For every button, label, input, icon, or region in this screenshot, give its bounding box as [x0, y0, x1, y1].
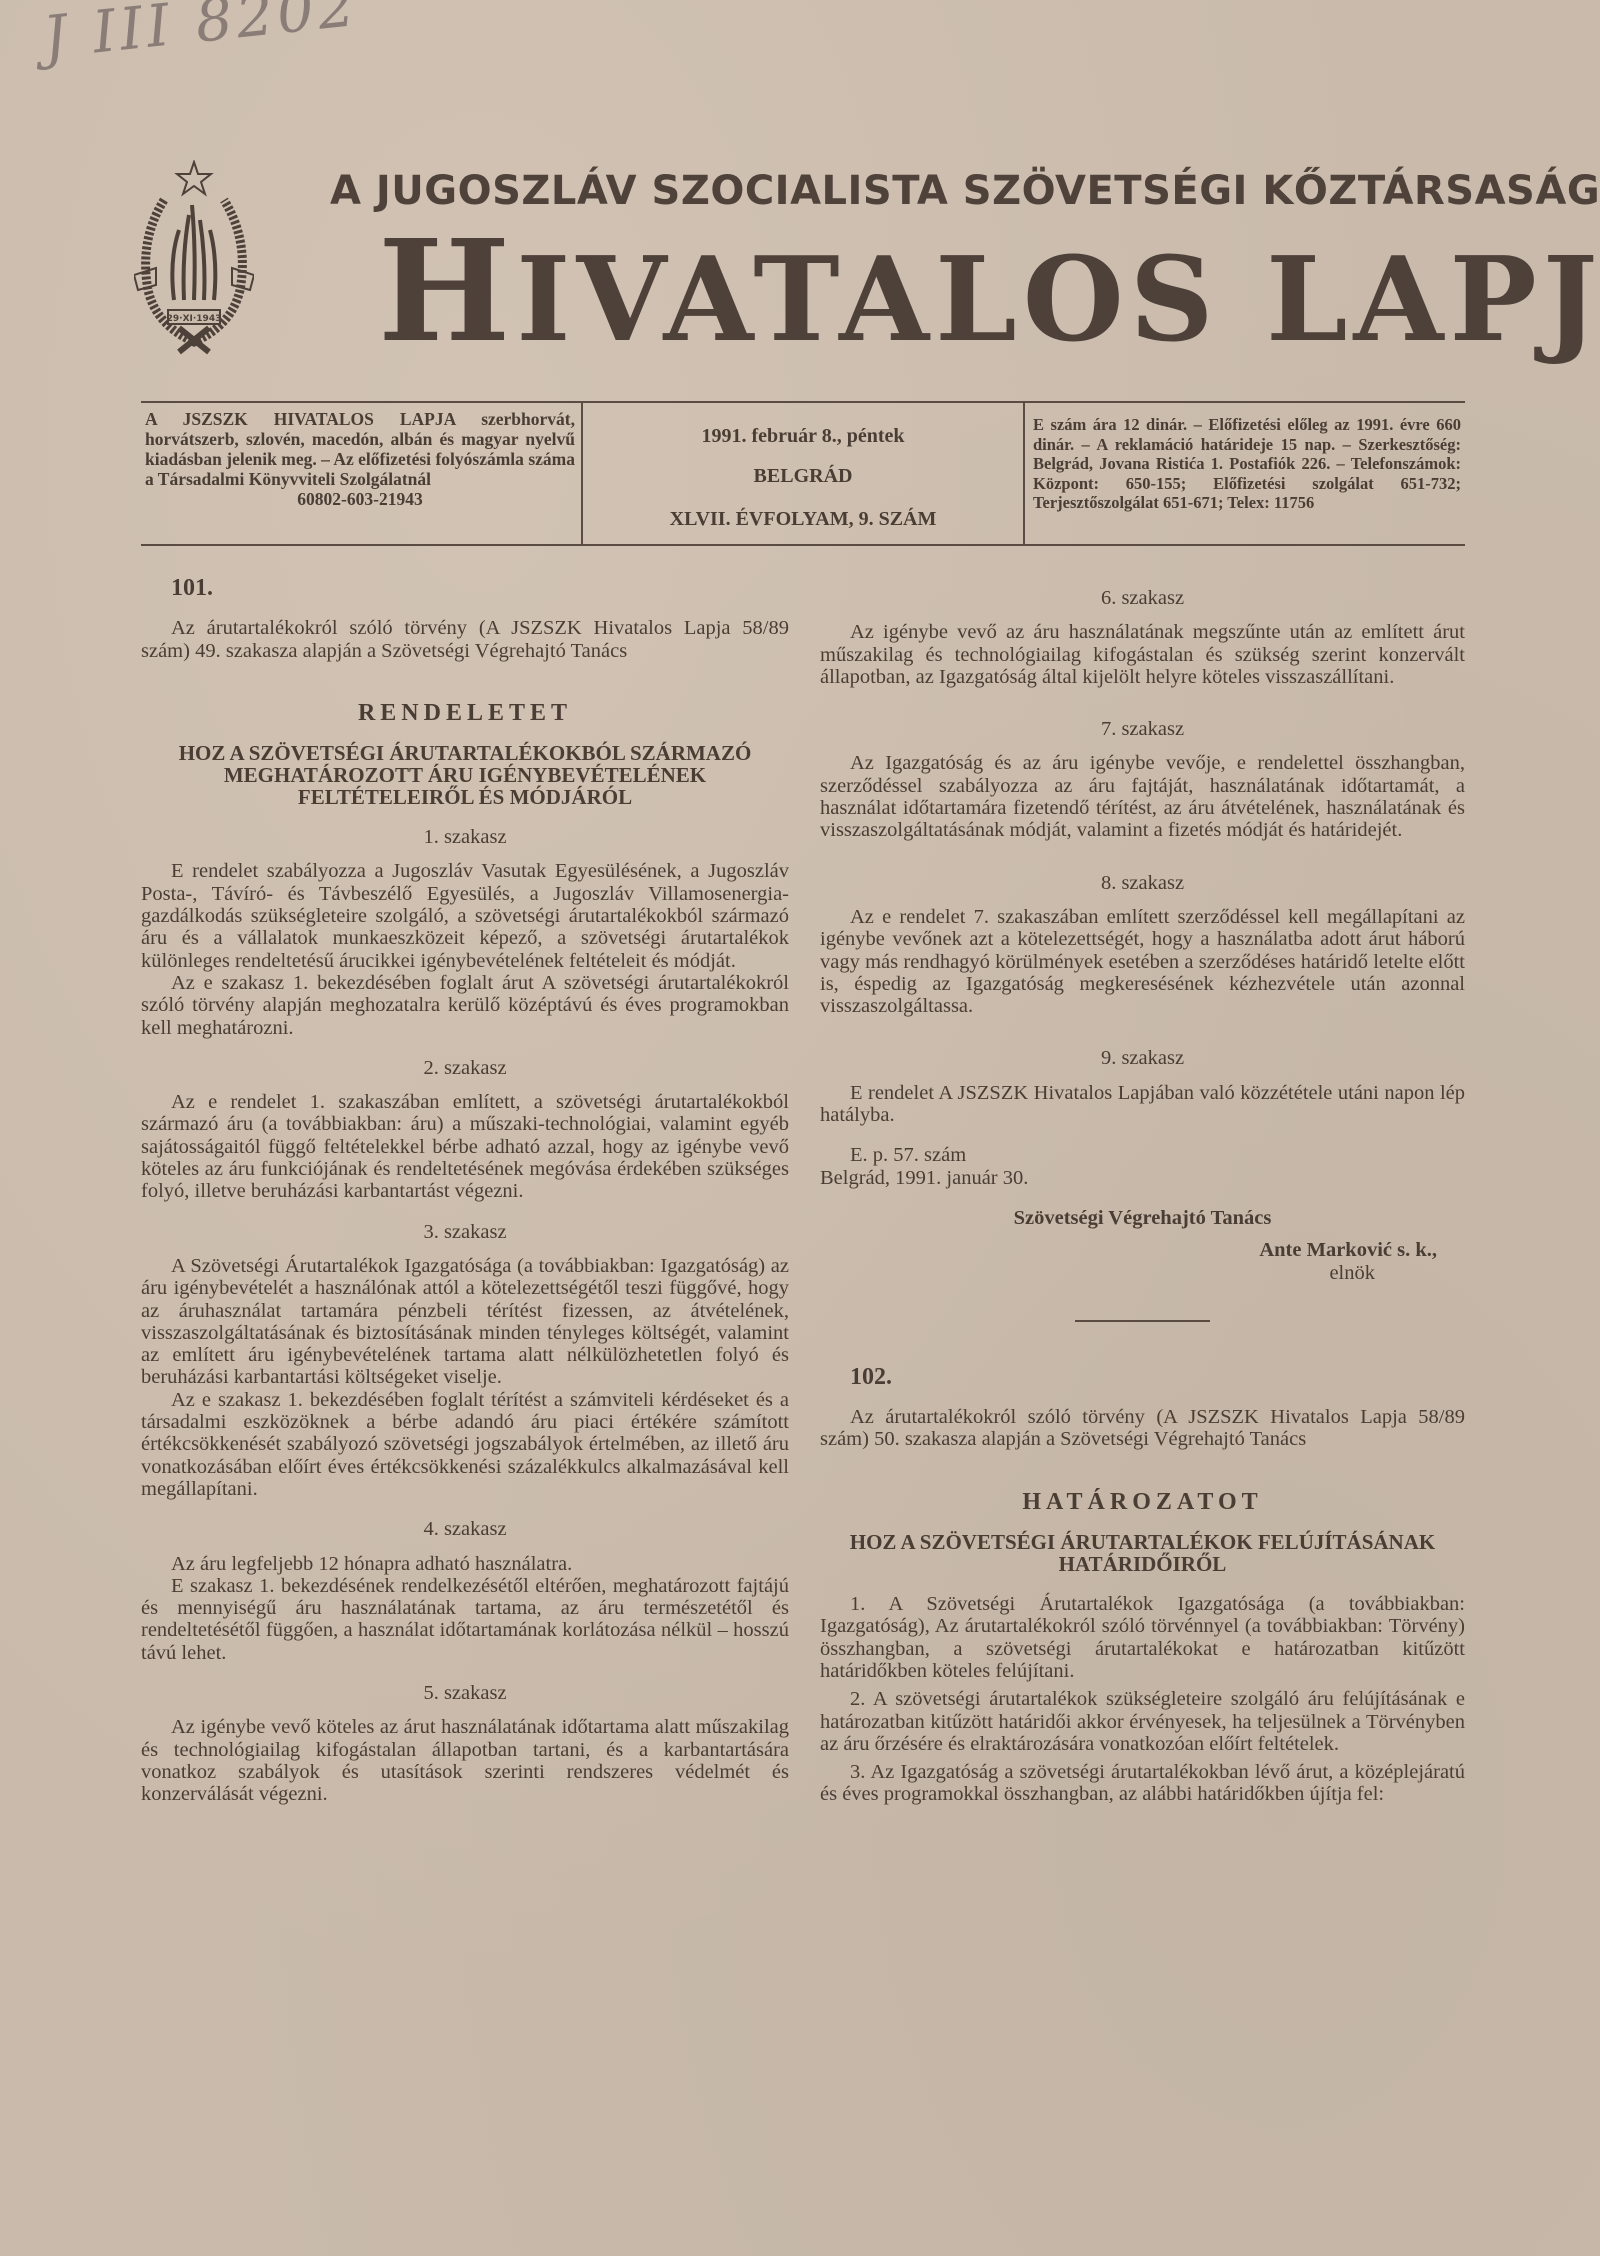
- issue-volume: XLVII. ÉVFOLYAM, 9. SZÁM: [583, 508, 1023, 531]
- preamble: Az árutartalékokról szóló törvény (A JSZ…: [820, 1406, 1465, 1451]
- publication-info-box: A JSZSZK HIVATALOS LAPJA szerbhorvát, ho…: [141, 401, 1465, 546]
- masthead-title: HIVATALOS LAPJA: [378, 222, 1600, 362]
- document-type: HATÁROZATOT: [820, 1491, 1465, 1513]
- masthead-subtitle: A JUGOSZLÁV SZOCIALISTA SZÖVETSÉGI KŐZTÁ…: [330, 168, 1600, 214]
- signatory-name: Ante Marković s. k.,: [820, 1239, 1465, 1261]
- issuing-council: Szövetségi Végrehajtó Tanács: [820, 1207, 1465, 1229]
- paragraph: 1. A Szövetségi Árutartalékok Igazgatósá…: [820, 1593, 1465, 1682]
- section-heading: 8. szakasz: [820, 872, 1465, 894]
- section-heading: 3. szakasz: [141, 1221, 789, 1243]
- document-title: HOZ A SZÖVETSÉGI ÁRUTARTALÉKOK FELÚJÍTÁS…: [820, 1531, 1465, 1575]
- issue-details: 1991. február 8., péntek BELGRÁD XLVII. …: [583, 403, 1025, 544]
- paragraph: E szakasz 1. bekezdésének rendelkezésétő…: [141, 1575, 789, 1664]
- paragraph: 3. Az Igazgatóság a szövetségi árutartal…: [820, 1761, 1465, 1806]
- handwritten-catalog-note: J III 8202: [40, 0, 362, 72]
- publication-languages-info: A JSZSZK HIVATALOS LAPJA szerbhorvát, ho…: [141, 403, 583, 544]
- account-number: 60802-603-21943: [145, 489, 575, 509]
- signatory-role: elnök: [820, 1262, 1465, 1284]
- section-divider: [1075, 1320, 1210, 1322]
- paragraph: 2. A szövetségi árutartalékok szükséglet…: [820, 1688, 1465, 1755]
- section-heading: 2. szakasz: [141, 1057, 789, 1079]
- section-heading: 9. szakasz: [820, 1047, 1465, 1069]
- section-heading: 1. szakasz: [141, 826, 789, 848]
- issue-date: 1991. február 8., péntek: [583, 425, 1023, 448]
- price-contact-info: E szám ára 12 dinár. – Előfizetési előle…: [1025, 403, 1465, 544]
- section-heading: 7. szakasz: [820, 718, 1465, 740]
- section-heading: 4. szakasz: [141, 1518, 789, 1540]
- paragraph: Az e szakasz 1. bekezdésében foglalt tér…: [141, 1389, 789, 1500]
- section-heading: 5. szakasz: [141, 1682, 789, 1704]
- right-column: 6. szakasz Az igénybe vevő az áru haszná…: [820, 587, 1465, 1806]
- paragraph: Az e szakasz 1. bekezdésében foglalt áru…: [141, 972, 789, 1039]
- paragraph: E rendelet A JSZSZK Hivatalos Lapjában v…: [820, 1082, 1465, 1127]
- document-type: RENDELETET: [141, 702, 789, 724]
- paragraph: Az igénybe vevő köteles az árut használa…: [141, 1716, 789, 1805]
- paragraph: Az e rendelet 1. szakaszában említett, a…: [141, 1091, 789, 1202]
- state-emblem-icon: 29·XI·1943: [134, 160, 254, 360]
- paragraph: Az Igazgatóság és az áru igénybe vevője,…: [820, 752, 1465, 841]
- document-title: HOZ A SZÖVETSÉGI ÁRUTARTALÉKOKBÓL SZÁRMA…: [141, 742, 789, 808]
- paragraph: E rendelet szabályozza a Jugoszláv Vasut…: [141, 860, 789, 971]
- svg-text:29·XI·1943: 29·XI·1943: [167, 314, 222, 324]
- scanned-page: J III 8202 29·XI·1943 A JUGOSZLÁV SZOCIA…: [0, 0, 1600, 2256]
- preamble: Az árutartalékokról szóló törvény (A JSZ…: [141, 617, 789, 662]
- paragraph: A Szövetségi Árutartalékok Igazgatósága …: [141, 1255, 789, 1389]
- paragraph: Az áru legfeljebb 12 hónapra adható hasz…: [141, 1553, 789, 1575]
- reference-number: E. p. 57. szám: [820, 1144, 1465, 1166]
- left-column: 101. Az árutartalékokról szóló törvény (…: [141, 577, 789, 1805]
- document-number: 102.: [850, 1366, 1465, 1388]
- paragraph: Az igénybe vevő az áru használatának meg…: [820, 621, 1465, 688]
- section-heading: 6. szakasz: [820, 587, 1465, 609]
- issue-city: BELGRÁD: [583, 465, 1023, 488]
- place-date: Belgrád, 1991. január 30.: [820, 1167, 1465, 1189]
- document-number: 101.: [171, 577, 789, 599]
- paragraph: Az e rendelet 7. szakaszában említett sz…: [820, 906, 1465, 1017]
